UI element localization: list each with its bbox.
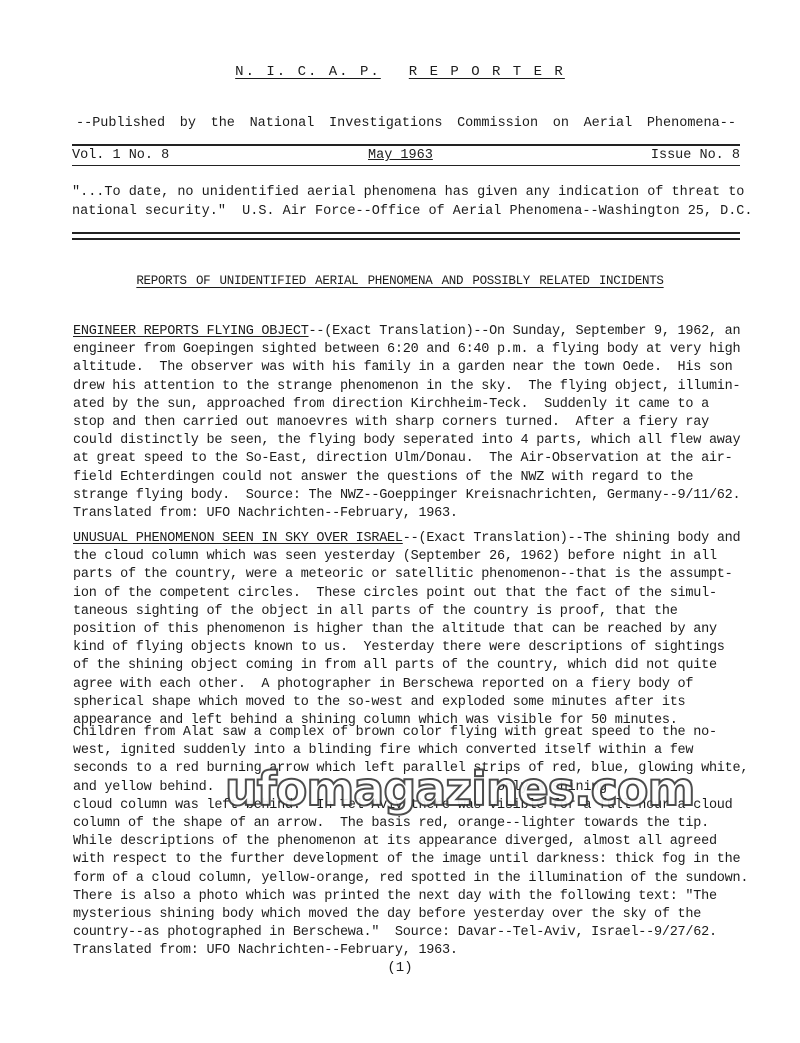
masthead-title: R E P O R T E R bbox=[409, 64, 565, 80]
article-israel-phenomenon: UNUSUAL PHENOMENON SEEN IN SKY OVER ISRA… bbox=[73, 530, 773, 730]
double-rule-1 bbox=[72, 232, 740, 234]
article-line: spherical shape which moved to the so-we… bbox=[73, 694, 773, 712]
article-line: ENGINEER REPORTS FLYING OBJECT--(Exact T… bbox=[73, 323, 773, 341]
published-by-word: Phenomena-- bbox=[647, 116, 736, 131]
article-line: Translated from: UFO Nachrichten--Februa… bbox=[73, 505, 773, 523]
article-line: engineer from Goepingen sighted between … bbox=[73, 341, 773, 359]
article-line: country--as photographed in Berschewa." … bbox=[73, 924, 773, 942]
published-by-word: Commission bbox=[457, 116, 538, 131]
article-line: drew his attention to the strange phenom… bbox=[73, 378, 773, 396]
article-line: strange flying body. Source: The NWZ--Go… bbox=[73, 487, 773, 505]
article-line: UNUSUAL PHENOMENON SEEN IN SKY OVER ISRA… bbox=[73, 530, 773, 548]
article-line: stop and then carried out manoevres with… bbox=[73, 414, 773, 432]
document-page: N. I. C. A. P.R E P O R T E R --Publishe… bbox=[0, 0, 800, 1043]
article-headline: ENGINEER REPORTS FLYING OBJECT bbox=[73, 324, 309, 339]
page-number: (1) bbox=[0, 960, 800, 976]
published-by-word: Aerial bbox=[584, 116, 633, 131]
article-line: Translated from: UFO Nachrichten--Februa… bbox=[73, 942, 773, 960]
article-line: with respect to the further development … bbox=[73, 851, 773, 869]
article-line: parts of the country, were a meteoric or… bbox=[73, 566, 773, 584]
article-line: column of the shape of an arrow. The bas… bbox=[73, 815, 773, 833]
article-line: While descriptions of the phenomenon at … bbox=[73, 833, 773, 851]
article-line: Children from Alat saw a complex of brow… bbox=[73, 724, 773, 742]
article-line: mysterious shining body which moved the … bbox=[73, 906, 773, 924]
issue-number: Issue No. 8 bbox=[651, 148, 740, 163]
masthead: N. I. C. A. P.R E P O R T E R bbox=[0, 64, 800, 80]
issue-date: May 1963 bbox=[368, 148, 433, 163]
volume-number: Vol. 1 No. 8 bbox=[72, 148, 169, 163]
article-israel-continued: Children from Alat saw a complex of brow… bbox=[73, 724, 773, 961]
watermark: ufomagazines.com bbox=[225, 762, 694, 816]
article-line: kind of flying objects known to us. Yest… bbox=[73, 639, 773, 657]
double-rule-2 bbox=[72, 238, 740, 240]
article-line: form of a cloud column, yellow-orange, r… bbox=[73, 870, 773, 888]
article-line: at great speed to the So-East, direction… bbox=[73, 450, 773, 468]
published-by-word: the bbox=[211, 116, 235, 131]
published-by-word: on bbox=[553, 116, 569, 131]
published-by-word: National bbox=[250, 116, 315, 131]
published-by-line: --PublishedbytheNationalInvestigationsCo… bbox=[76, 116, 736, 131]
epigraph-quote: "...To date, no unidentified aerial phen… bbox=[72, 183, 752, 221]
article-engineer-flying-object: ENGINEER REPORTS FLYING OBJECT--(Exact T… bbox=[73, 323, 773, 523]
section-title: REPORTS OF UNIDENTIFIED AERIAL PHENOMENA… bbox=[0, 274, 800, 288]
article-line: position of this phenomenon is higher th… bbox=[73, 621, 773, 639]
published-by-word: --Published bbox=[76, 116, 165, 131]
article-line: of the shining object coming in from all… bbox=[73, 657, 773, 675]
published-by-word: Investigations bbox=[329, 116, 442, 131]
masthead-org: N. I. C. A. P. bbox=[235, 64, 381, 80]
article-line: the cloud column which was seen yesterda… bbox=[73, 548, 773, 566]
article-line: agree with each other. A photographer in… bbox=[73, 676, 773, 694]
article-line: taneous sighting of the object in all pa… bbox=[73, 603, 773, 621]
published-by-word: by bbox=[180, 116, 196, 131]
rule-under-issue bbox=[72, 165, 740, 166]
article-line: altitude. The observer was with his fami… bbox=[73, 359, 773, 377]
article-line: field Echterdingen could not answer the … bbox=[73, 469, 773, 487]
rule-top bbox=[72, 144, 740, 146]
article-line: There is also a photo which was printed … bbox=[73, 888, 773, 906]
article-line: ated by the sun, approached from directi… bbox=[73, 396, 773, 414]
issue-line: Vol. 1 No. 8 May 1963 Issue No. 8 bbox=[72, 148, 740, 163]
article-line: west, ignited suddenly into a blinding f… bbox=[73, 742, 773, 760]
article-line: ion of the competent circles. These circ… bbox=[73, 585, 773, 603]
article-headline: UNUSUAL PHENOMENON SEEN IN SKY OVER ISRA… bbox=[73, 531, 403, 546]
article-line: could distinctly be seen, the flying bod… bbox=[73, 432, 773, 450]
